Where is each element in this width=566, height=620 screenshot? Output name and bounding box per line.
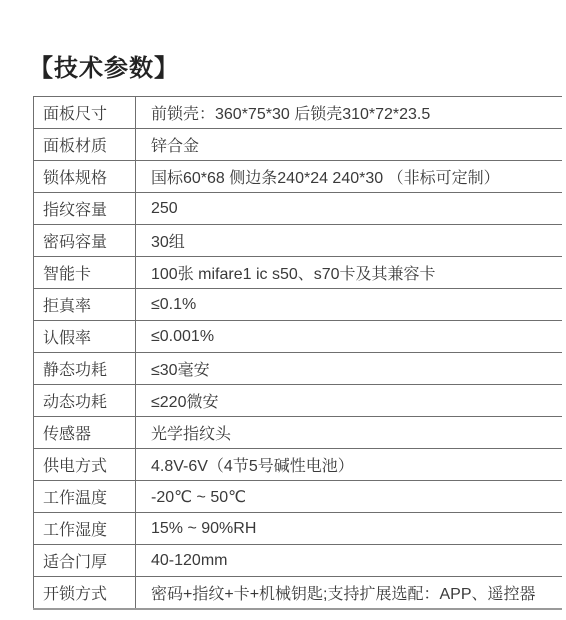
table-row: 指纹容量250 — [34, 193, 563, 225]
spec-value-cell: 前锁壳：360*75*30 后锁壳310*72*23.5 — [136, 97, 563, 129]
table-row: 工作温度-20℃ ~ 50℃ — [34, 481, 563, 513]
spec-value-cell: 锌合金 — [136, 129, 563, 161]
spec-value-cell: -20℃ ~ 50℃ — [136, 481, 563, 513]
spec-label-cell: 开锁方式 — [34, 577, 136, 610]
spec-label-cell: 动态功耗 — [34, 385, 136, 417]
table-row: 开锁方式密码+指纹+卡+机械钥匙;支持扩展选配：APP、遥控器 — [34, 577, 563, 610]
spec-value-cell: 光学指纹头 — [136, 417, 563, 449]
spec-label-cell: 指纹容量 — [34, 193, 136, 225]
spec-label-cell: 供电方式 — [34, 449, 136, 481]
table-row: 锁体规格国标60*68 侧边条240*24 240*30 （非标可定制） — [34, 161, 563, 193]
spec-value-cell: 100张 mifare1 ic s50、s70卡及其兼容卡 — [136, 257, 563, 289]
spec-label-cell: 密码容量 — [34, 225, 136, 257]
spec-value-cell: ≤0.001% — [136, 321, 563, 353]
spec-label-cell: 传感器 — [34, 417, 136, 449]
spec-label-cell: 智能卡 — [34, 257, 136, 289]
table-row: 面板材质锌合金 — [34, 129, 563, 161]
table-row: 智能卡100张 mifare1 ic s50、s70卡及其兼容卡 — [34, 257, 563, 289]
spec-value-cell: 30组 — [136, 225, 563, 257]
table-row: 面板尺寸前锁壳：360*75*30 后锁壳310*72*23.5 — [34, 97, 563, 129]
page-title: 【技术参数】 — [29, 53, 179, 85]
spec-label-cell: 工作温度 — [34, 481, 136, 513]
spec-label-cell: 锁体规格 — [34, 161, 136, 193]
table-row: 密码容量30组 — [34, 225, 563, 257]
table-row: 静态功耗≤30毫安 — [34, 353, 563, 385]
spec-value-cell: ≤30毫安 — [136, 353, 563, 385]
spec-value-cell: ≤220微安 — [136, 385, 563, 417]
spec-label-cell: 面板材质 — [34, 129, 136, 161]
spec-label-cell: 工作湿度 — [34, 513, 136, 545]
spec-value-cell: 4.8V-6V（4节5号碱性电池） — [136, 449, 563, 481]
spec-value-cell: 250 — [136, 193, 563, 225]
spec-value-cell: 密码+指纹+卡+机械钥匙;支持扩展选配：APP、遥控器 — [136, 577, 563, 610]
table-row: 动态功耗≤220微安 — [34, 385, 563, 417]
spec-label-cell: 静态功耗 — [34, 353, 136, 385]
table-row: 拒真率≤0.1% — [34, 289, 563, 321]
spec-table: 面板尺寸前锁壳：360*75*30 后锁壳310*72*23.5面板材质锌合金锁… — [33, 96, 562, 610]
table-row: 传感器光学指纹头 — [34, 417, 563, 449]
spec-value-cell: ≤0.1% — [136, 289, 563, 321]
table-row: 适合门厚40-120mm — [34, 545, 563, 577]
spec-value-cell: 40-120mm — [136, 545, 563, 577]
table-row: 工作湿度15% ~ 90%RH — [34, 513, 563, 545]
spec-table-body: 面板尺寸前锁壳：360*75*30 后锁壳310*72*23.5面板材质锌合金锁… — [34, 97, 563, 610]
spec-label-cell: 适合门厚 — [34, 545, 136, 577]
spec-label-cell: 拒真率 — [34, 289, 136, 321]
spec-sheet: 【技术参数】 面板尺寸前锁壳：360*75*30 后锁壳310*72*23.5面… — [0, 0, 566, 620]
spec-label-cell: 认假率 — [34, 321, 136, 353]
spec-value-cell: 国标60*68 侧边条240*24 240*30 （非标可定制） — [136, 161, 563, 193]
spec-value-cell: 15% ~ 90%RH — [136, 513, 563, 545]
table-row: 供电方式4.8V-6V（4节5号碱性电池） — [34, 449, 563, 481]
spec-label-cell: 面板尺寸 — [34, 97, 136, 129]
table-row: 认假率≤0.001% — [34, 321, 563, 353]
